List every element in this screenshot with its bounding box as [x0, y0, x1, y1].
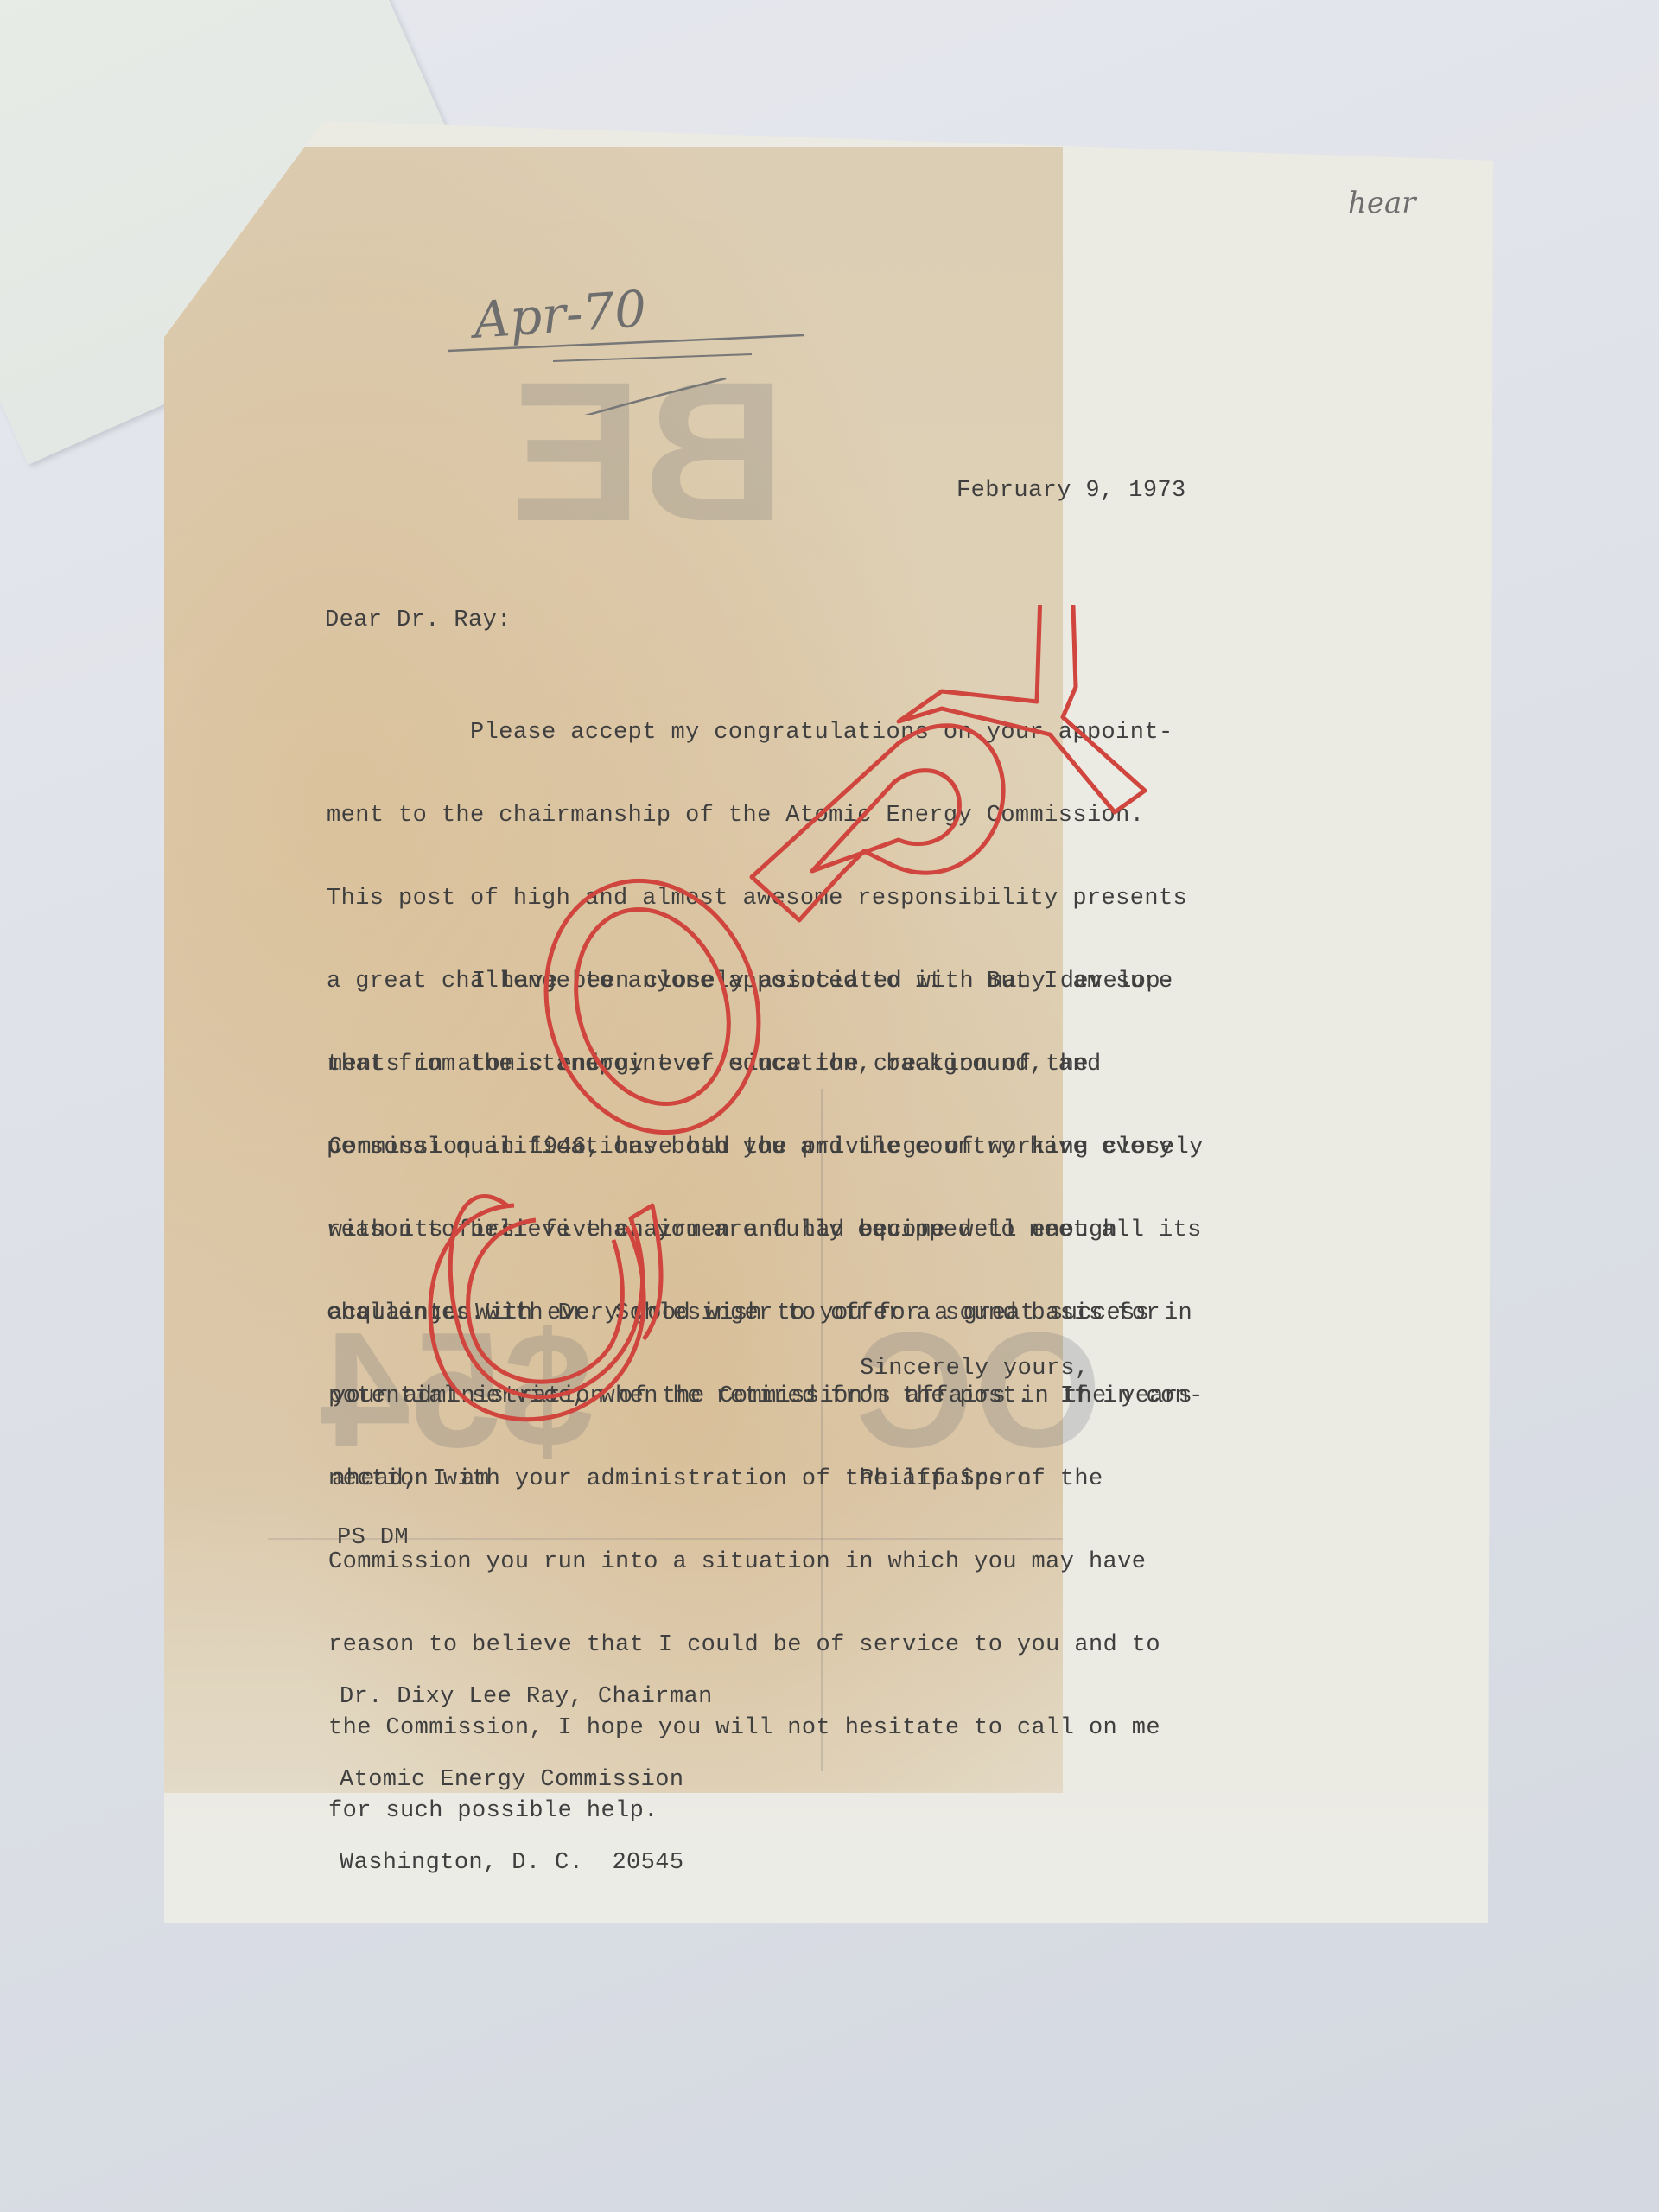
body-line: ment to the chairmanship of the Atomic E…	[327, 802, 1202, 829]
body-line: ahead, I am	[332, 1465, 1192, 1493]
recipient-address: Dr. Dixy Lee Ray, Chairman Atomic Energy…	[340, 1628, 713, 1904]
handwritten-note-text: hear	[1348, 186, 1416, 220]
letter-date: February 9, 1973	[957, 477, 1186, 505]
body-line: With every good wish to you for a great …	[332, 1300, 1192, 1327]
handwritten-corner-note: hear	[1348, 186, 1416, 220]
body-line: Please accept my congratulations on your…	[327, 719, 1202, 747]
body-line: Commission you run into a situation in w…	[328, 1548, 1204, 1576]
pencil-strike-icon	[441, 302, 829, 415]
body-line: ments in atomic energy ever since the cr…	[328, 1051, 1204, 1078]
body-line: with its first five chairmen and had bec…	[328, 1217, 1204, 1244]
closing: Sincerely yours,	[860, 1355, 1090, 1382]
address-line: Washington, D. C. 20545	[340, 1849, 713, 1877]
body-line: your administration of the Commission's …	[332, 1382, 1192, 1410]
address-line: Dr. Dixy Lee Ray, Chairman	[340, 1683, 713, 1711]
typist-initials: PS DM	[337, 1524, 409, 1552]
body-line: This post of high and almost awesome res…	[327, 885, 1202, 912]
address-line: Atomic Energy Commission	[340, 1766, 713, 1794]
body-line: I have been closely associated with many…	[328, 968, 1204, 995]
body-paragraph-3: With every good wish to you for a great …	[332, 1244, 1192, 1521]
salutation: Dear Dr. Ray:	[325, 607, 512, 634]
body-line: Commission in 1946, have had the privile…	[328, 1134, 1204, 1161]
signer-name: Philip Sporn	[860, 1465, 1032, 1493]
